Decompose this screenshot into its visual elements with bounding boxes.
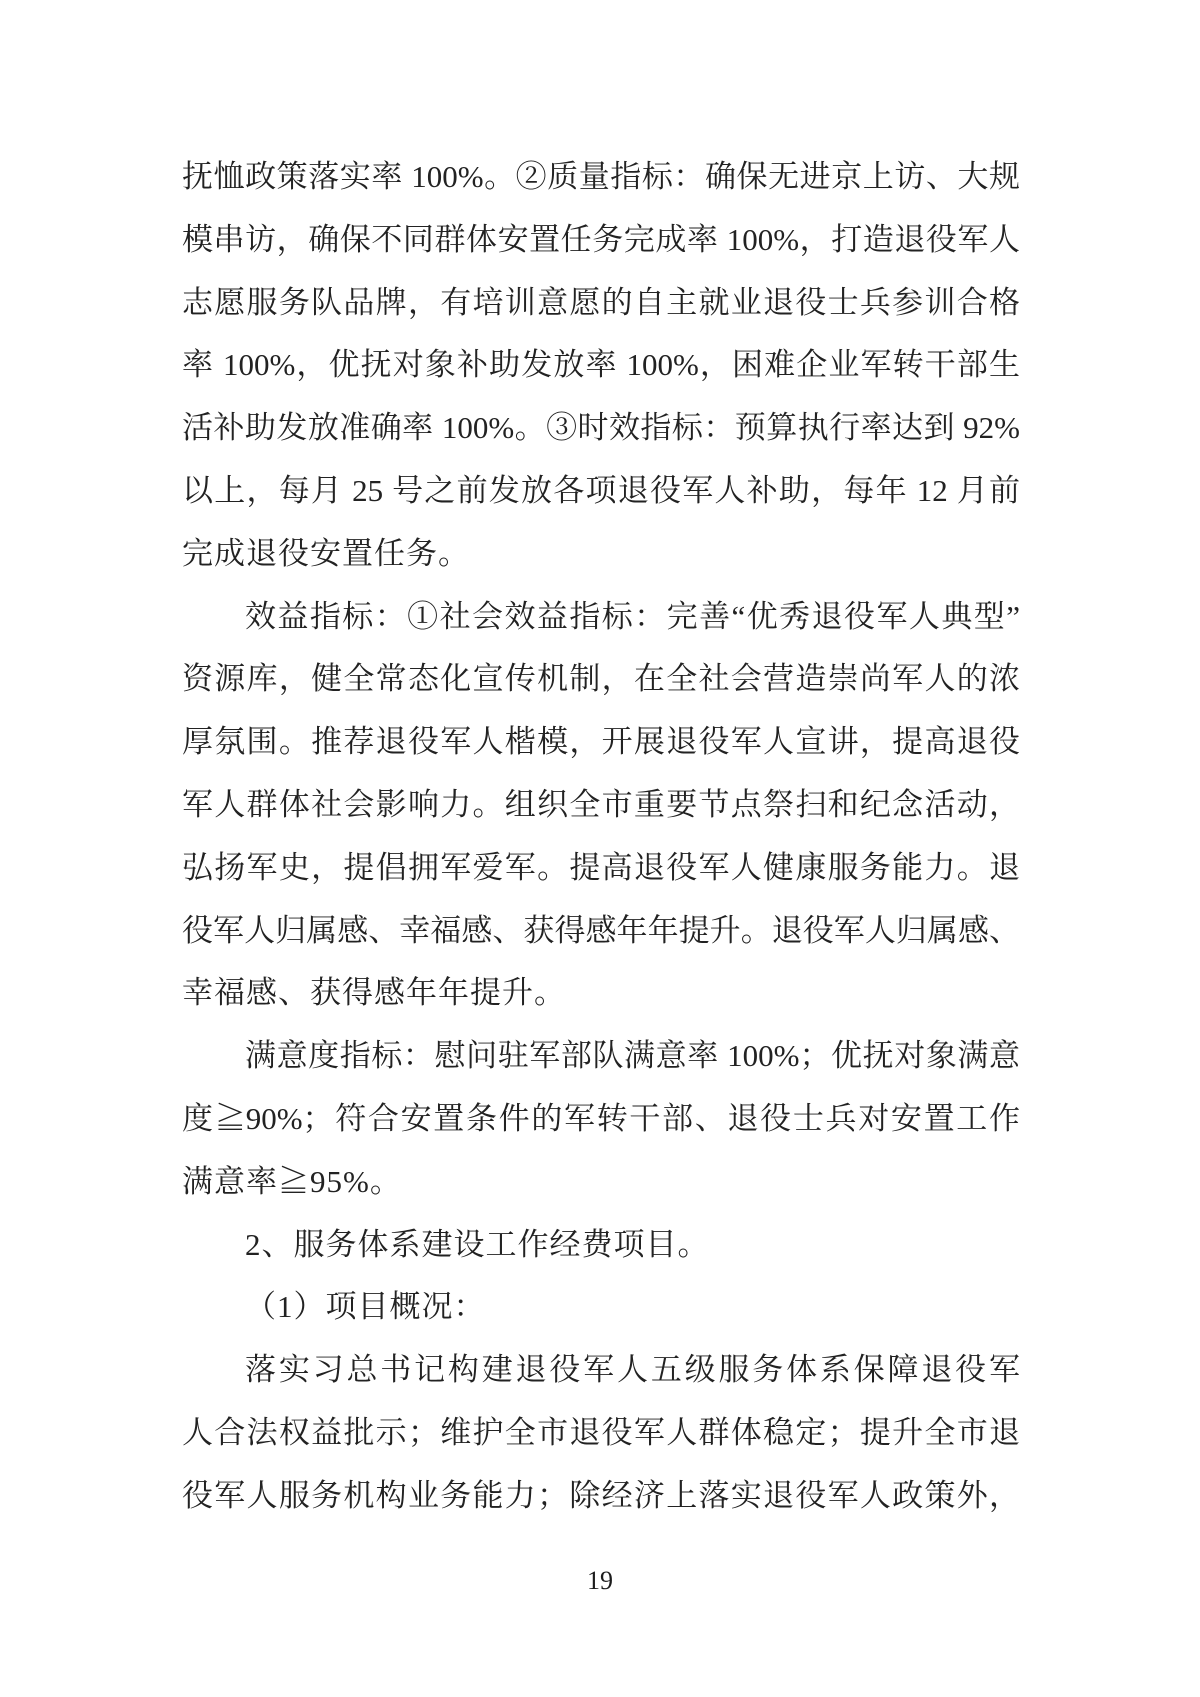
text-line: 满意率≧95%。 bbox=[182, 1151, 1020, 1214]
text-line: 军人群体社会影响力。组织全市重要节点祭扫和纪念活动， bbox=[182, 774, 1020, 837]
text-line: 厚氛围。推荐退役军人楷模，开展退役军人宣讲，提高退役 bbox=[182, 711, 1020, 774]
text-line: 役军人服务机构业务能力；除经济上落实退役军人政策外， bbox=[182, 1465, 1020, 1528]
text-line: 效益指标：①社会效益指标：完善“优秀退役军人典型” bbox=[182, 586, 1020, 649]
text-line: 资源库，健全常态化宣传机制，在全社会营造崇尚军人的浓 bbox=[182, 648, 1020, 711]
text-line: 完成退役安置任务。 bbox=[182, 523, 1020, 586]
text-line: 弘扬军史，提倡拥军爱军。提高退役军人健康服务能力。退 bbox=[182, 837, 1020, 900]
text-line: 抚恤政策落实率 100%。②质量指标：确保无进京上访、大规 bbox=[182, 146, 1020, 209]
text-line: 落实习总书记构建退役军人五级服务体系保障退役军 bbox=[182, 1339, 1020, 1402]
text-line: （1）项目概况： bbox=[182, 1276, 1020, 1339]
text-line: 幸福感、获得感年年提升。 bbox=[182, 962, 1020, 1025]
page-number: 19 bbox=[0, 1566, 1200, 1596]
text-line: 率 100%，优抚对象补助发放率 100%，困难企业军转干部生 bbox=[182, 334, 1020, 397]
text-line: 2、服务体系建设工作经费项目。 bbox=[182, 1214, 1020, 1277]
text-line: 度≧90%；符合安置条件的军转干部、退役士兵对安置工作 bbox=[182, 1088, 1020, 1151]
page-body-text: 抚恤政策落实率 100%。②质量指标：确保无进京上访、大规 模串访，确保不同群体… bbox=[182, 146, 1020, 1528]
text-line: 人合法权益批示；维护全市退役军人群体稳定；提升全市退 bbox=[182, 1402, 1020, 1465]
text-line: 志愿服务队品牌，有培训意愿的自主就业退役士兵参训合格 bbox=[182, 272, 1020, 335]
text-line: 活补助发放准确率 100%。③时效指标：预算执行率达到 92% bbox=[182, 397, 1020, 460]
text-line: 满意度指标：慰问驻军部队满意率 100%；优抚对象满意 bbox=[182, 1025, 1020, 1088]
text-line: 役军人归属感、幸福感、获得感年年提升。退役军人归属感、 bbox=[182, 900, 1020, 963]
text-line: 以上，每月 25 号之前发放各项退役军人补助，每年 12 月前 bbox=[182, 460, 1020, 523]
text-line: 模串访，确保不同群体安置任务完成率 100%，打造退役军人 bbox=[182, 209, 1020, 272]
document-page: 抚恤政策落实率 100%。②质量指标：确保无进京上访、大规 模串访，确保不同群体… bbox=[0, 0, 1200, 1697]
